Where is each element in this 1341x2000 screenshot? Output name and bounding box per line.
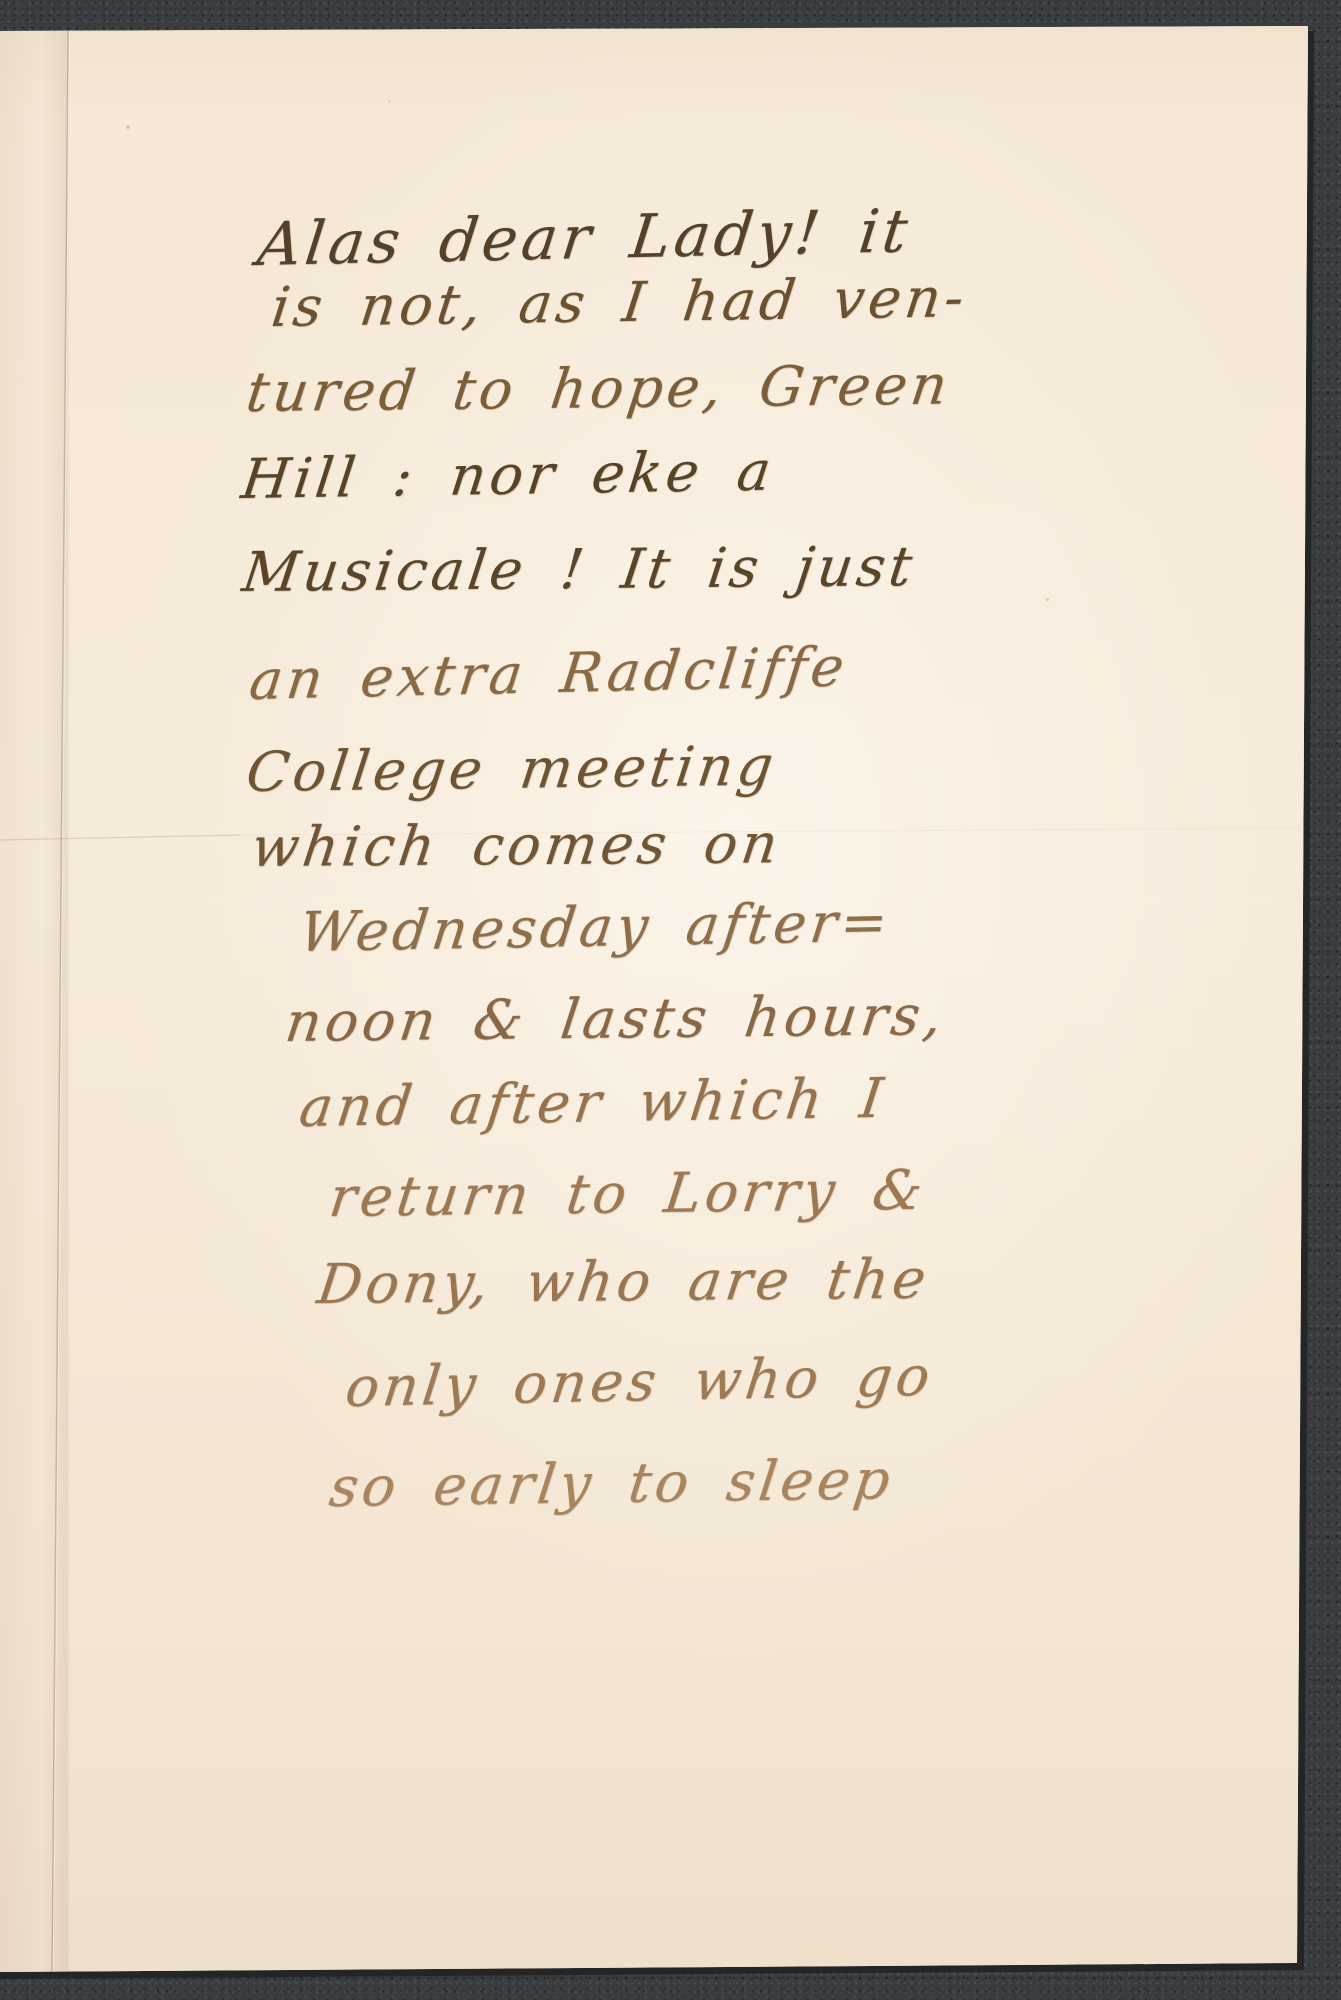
handwriting-line-7: College meeting	[243, 734, 781, 804]
photograph-mat-background: Alas dear Lady! it is not, as I had ven-…	[0, 0, 1341, 2000]
horizontal-fold-crease	[0, 835, 240, 840]
vertical-fold-highlight	[54, 31, 70, 1972]
handwriting-line-12: return to Lorry &	[326, 1158, 930, 1229]
handwriting-line-4: Hill : nor eke a	[238, 439, 778, 511]
handwriting-line-5: Musicale ! It is just	[239, 534, 920, 604]
paper-speck	[388, 100, 391, 103]
letter-page: Alas dear Lady! it is not, as I had ven-…	[0, 0, 1341, 2000]
handwriting-line-9: Wednesday after=	[296, 890, 895, 964]
paper-speck	[126, 125, 130, 129]
handwriting-line-14: only ones who go	[342, 1344, 937, 1419]
handwriting-line-13: Dony, who are the	[314, 1247, 934, 1316]
handwriting-line-15: so early to sleep	[326, 1447, 898, 1519]
vertical-fold-crease	[52, 31, 68, 1972]
handwriting-line-10: noon & lasts hours,	[282, 983, 950, 1054]
handwriting-line-8: which comes on	[248, 811, 786, 879]
handwriting-line-11: and after which I	[296, 1066, 890, 1139]
handwriting-line-3: tured to hope, Green	[243, 353, 955, 424]
handwriting-line-2: is not, as I had ven-	[268, 265, 972, 339]
paper-speck	[1046, 598, 1049, 601]
